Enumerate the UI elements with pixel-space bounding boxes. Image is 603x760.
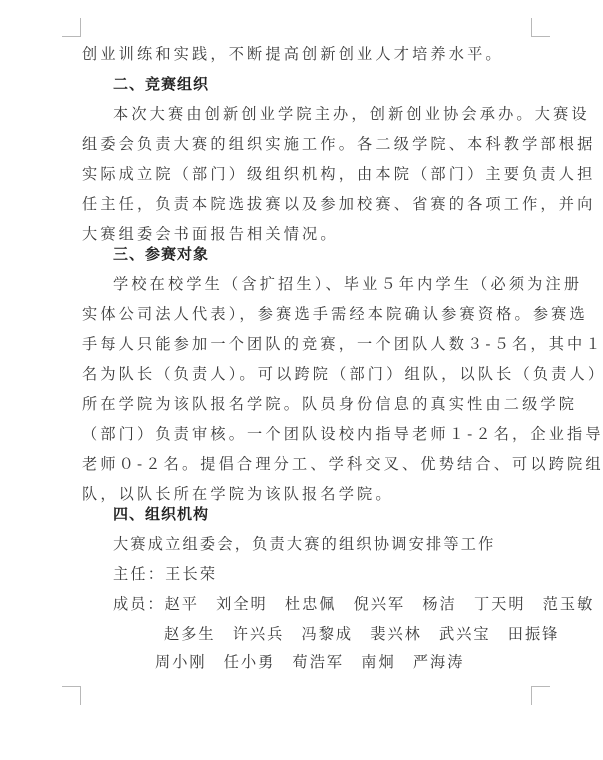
corner-mark-bottom-right-h: [531, 686, 550, 687]
members-label: 成员：: [113, 595, 165, 613]
paragraph-line: 手每人只能参加一个团队的竞赛，一个团队人数３-５名，其中１: [82, 334, 603, 354]
paragraph-line: 老师０-２名。提倡合理分工、学科交叉、优势结合、可以跨院组: [82, 454, 603, 474]
paragraph-line: 名为队长（负责人）。可以跨院（部门）组队，以队长（负责人）: [82, 364, 603, 384]
corner-mark-bottom-right-v: [531, 686, 532, 705]
corner-mark-bottom-left-v: [80, 686, 81, 705]
paragraph-line: 学校在校学生（含扩招生）、毕业５年内学生（必须为注册: [113, 274, 582, 294]
paragraph-line: （部门）负责审核。一个团队设校内指导老师１-２名，企业指导: [82, 424, 603, 444]
paragraph-line: 队，以队长所在学院为该队报名学院。: [82, 484, 394, 504]
members-row-3: 周小刚 任小勇 荀浩军 南炯 严海涛: [155, 652, 464, 672]
paragraph-line: 所在学院为该队报名学院。队员身份信息的真实性由二级学院: [82, 394, 577, 414]
corner-mark-bottom-left-h: [62, 686, 81, 687]
corner-mark-top-left-v: [80, 18, 81, 37]
section-heading-3: 三、参赛对象: [113, 244, 209, 264]
paragraph-line: 实际成立院（部门）级组织机构，由本院（部门）主要负责人担: [82, 164, 595, 184]
paragraph-line: 本次大赛由创新创业学院主办，创新创业协会承办。大赛设: [113, 104, 590, 124]
paragraph-line: 大赛成立组委会，负责大赛的组织协调安排等工作: [113, 534, 496, 554]
members-line: 成员：赵平 刘全明 杜忠佩 倪兴军 杨洁 丁天明 范玉敏: [113, 594, 594, 614]
members-row-1: 赵平 刘全明 杜忠佩 倪兴军 杨洁 丁天明 范玉敏: [165, 595, 595, 613]
director-line: 主任：王长荣: [113, 564, 217, 584]
members-row-2: 赵多生 许兴兵 冯黎成 裴兴林 武兴宝 田振锋: [164, 624, 559, 644]
paragraph-line: 任主任，负责本院选拔赛以及参加校赛、省赛的各项工作，并向: [82, 194, 595, 214]
corner-mark-top-right-h: [531, 36, 550, 37]
paragraph-line: 组委会负责大赛的组织实施工作。各二级学院、本科教学部根据: [82, 134, 595, 154]
paragraph-line: 创业训练和实践，不断提高创新创业人才培养水平。: [82, 44, 504, 64]
section-heading-4: 四、组织机构: [113, 504, 209, 524]
corner-mark-top-left-h: [62, 36, 81, 37]
corner-mark-top-right-v: [531, 18, 532, 37]
paragraph-line: 实体公司法人代表），参赛选手需经本院确认参赛资格。参赛选: [82, 304, 588, 324]
paragraph-line: 大赛组委会书面报告相关情况。: [82, 224, 339, 244]
section-heading-2: 二、竞赛组织: [113, 74, 209, 94]
